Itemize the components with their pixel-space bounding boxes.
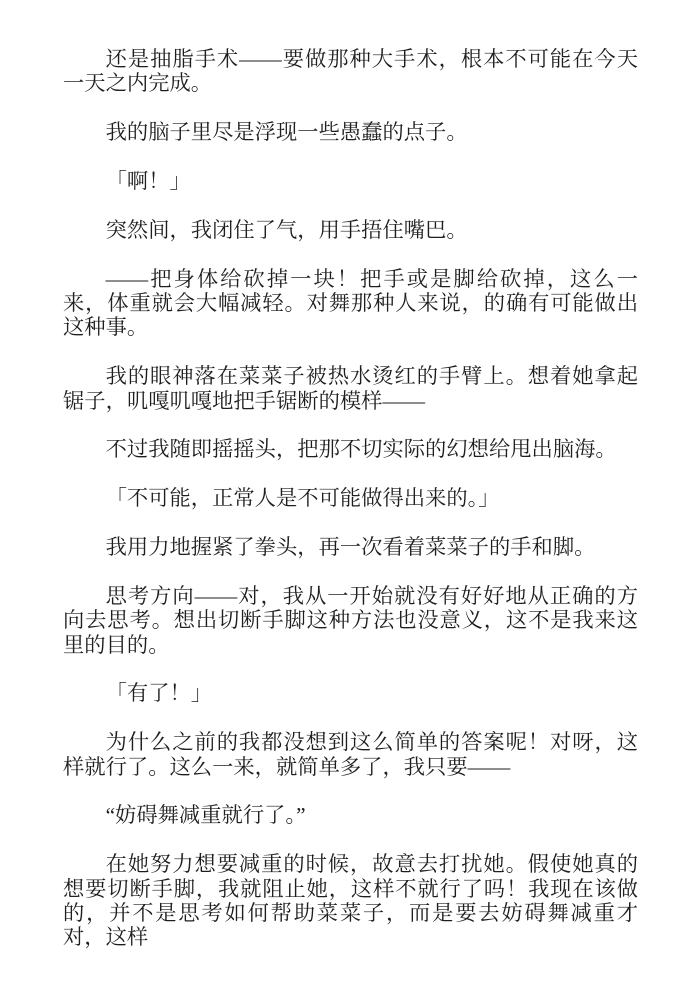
paragraph-4: 突然间，我闭住了气，用手捂住嘴巴。	[63, 218, 638, 242]
paragraph-8: 「不可能，正常人是不可能做得出来的。」	[63, 486, 638, 510]
paragraph-12: 为什么之前的我都没想到这么简单的答案呢！对呀，这样就行了。这么一来，就简单多了，…	[63, 730, 638, 779]
paragraph-9: 我用力地握紧了拳头，再一次看着菜菜子的手和脚。	[63, 535, 638, 559]
paragraph-11: 「有了！」	[63, 681, 638, 705]
paragraph-6: 我的眼神落在菜菜子被热水烫红的手臂上。想着她拿起锯子，叽嘎叽嘎地把手锯断的模样—…	[63, 364, 638, 413]
paragraph-13: “妨碍舞减重就行了。”	[63, 803, 638, 827]
paragraph-3: 「啊！」	[63, 169, 638, 193]
paragraph-5: ——把身体给砍掉一块！把手或是脚给砍掉，这么一来，体重就会大幅减轻。对舞那种人来…	[63, 267, 638, 340]
paragraph-1: 还是抽脂手术——要做那种大手术，根本不可能在今天一天之内完成。	[63, 47, 638, 96]
paragraph-2: 我的脑子里尽是浮现一些愚蠢的点子。	[63, 120, 638, 144]
paragraph-10: 思考方向——对，我从一开始就没有好好地从正确的方向去思考。想出切断手脚这种方法也…	[63, 584, 638, 657]
paragraph-14: 在她努力想要减重的时候，故意去打扰她。假使她真的想要切断手脚，我就阻止她，这样不…	[63, 852, 638, 950]
novel-page: 还是抽脂手术——要做那种大手术，根本不可能在今天一天之内完成。 我的脑子里尽是浮…	[0, 0, 700, 992]
paragraph-7: 不过我随即摇摇头，把那不切实际的幻想给甩出脑海。	[63, 437, 638, 461]
